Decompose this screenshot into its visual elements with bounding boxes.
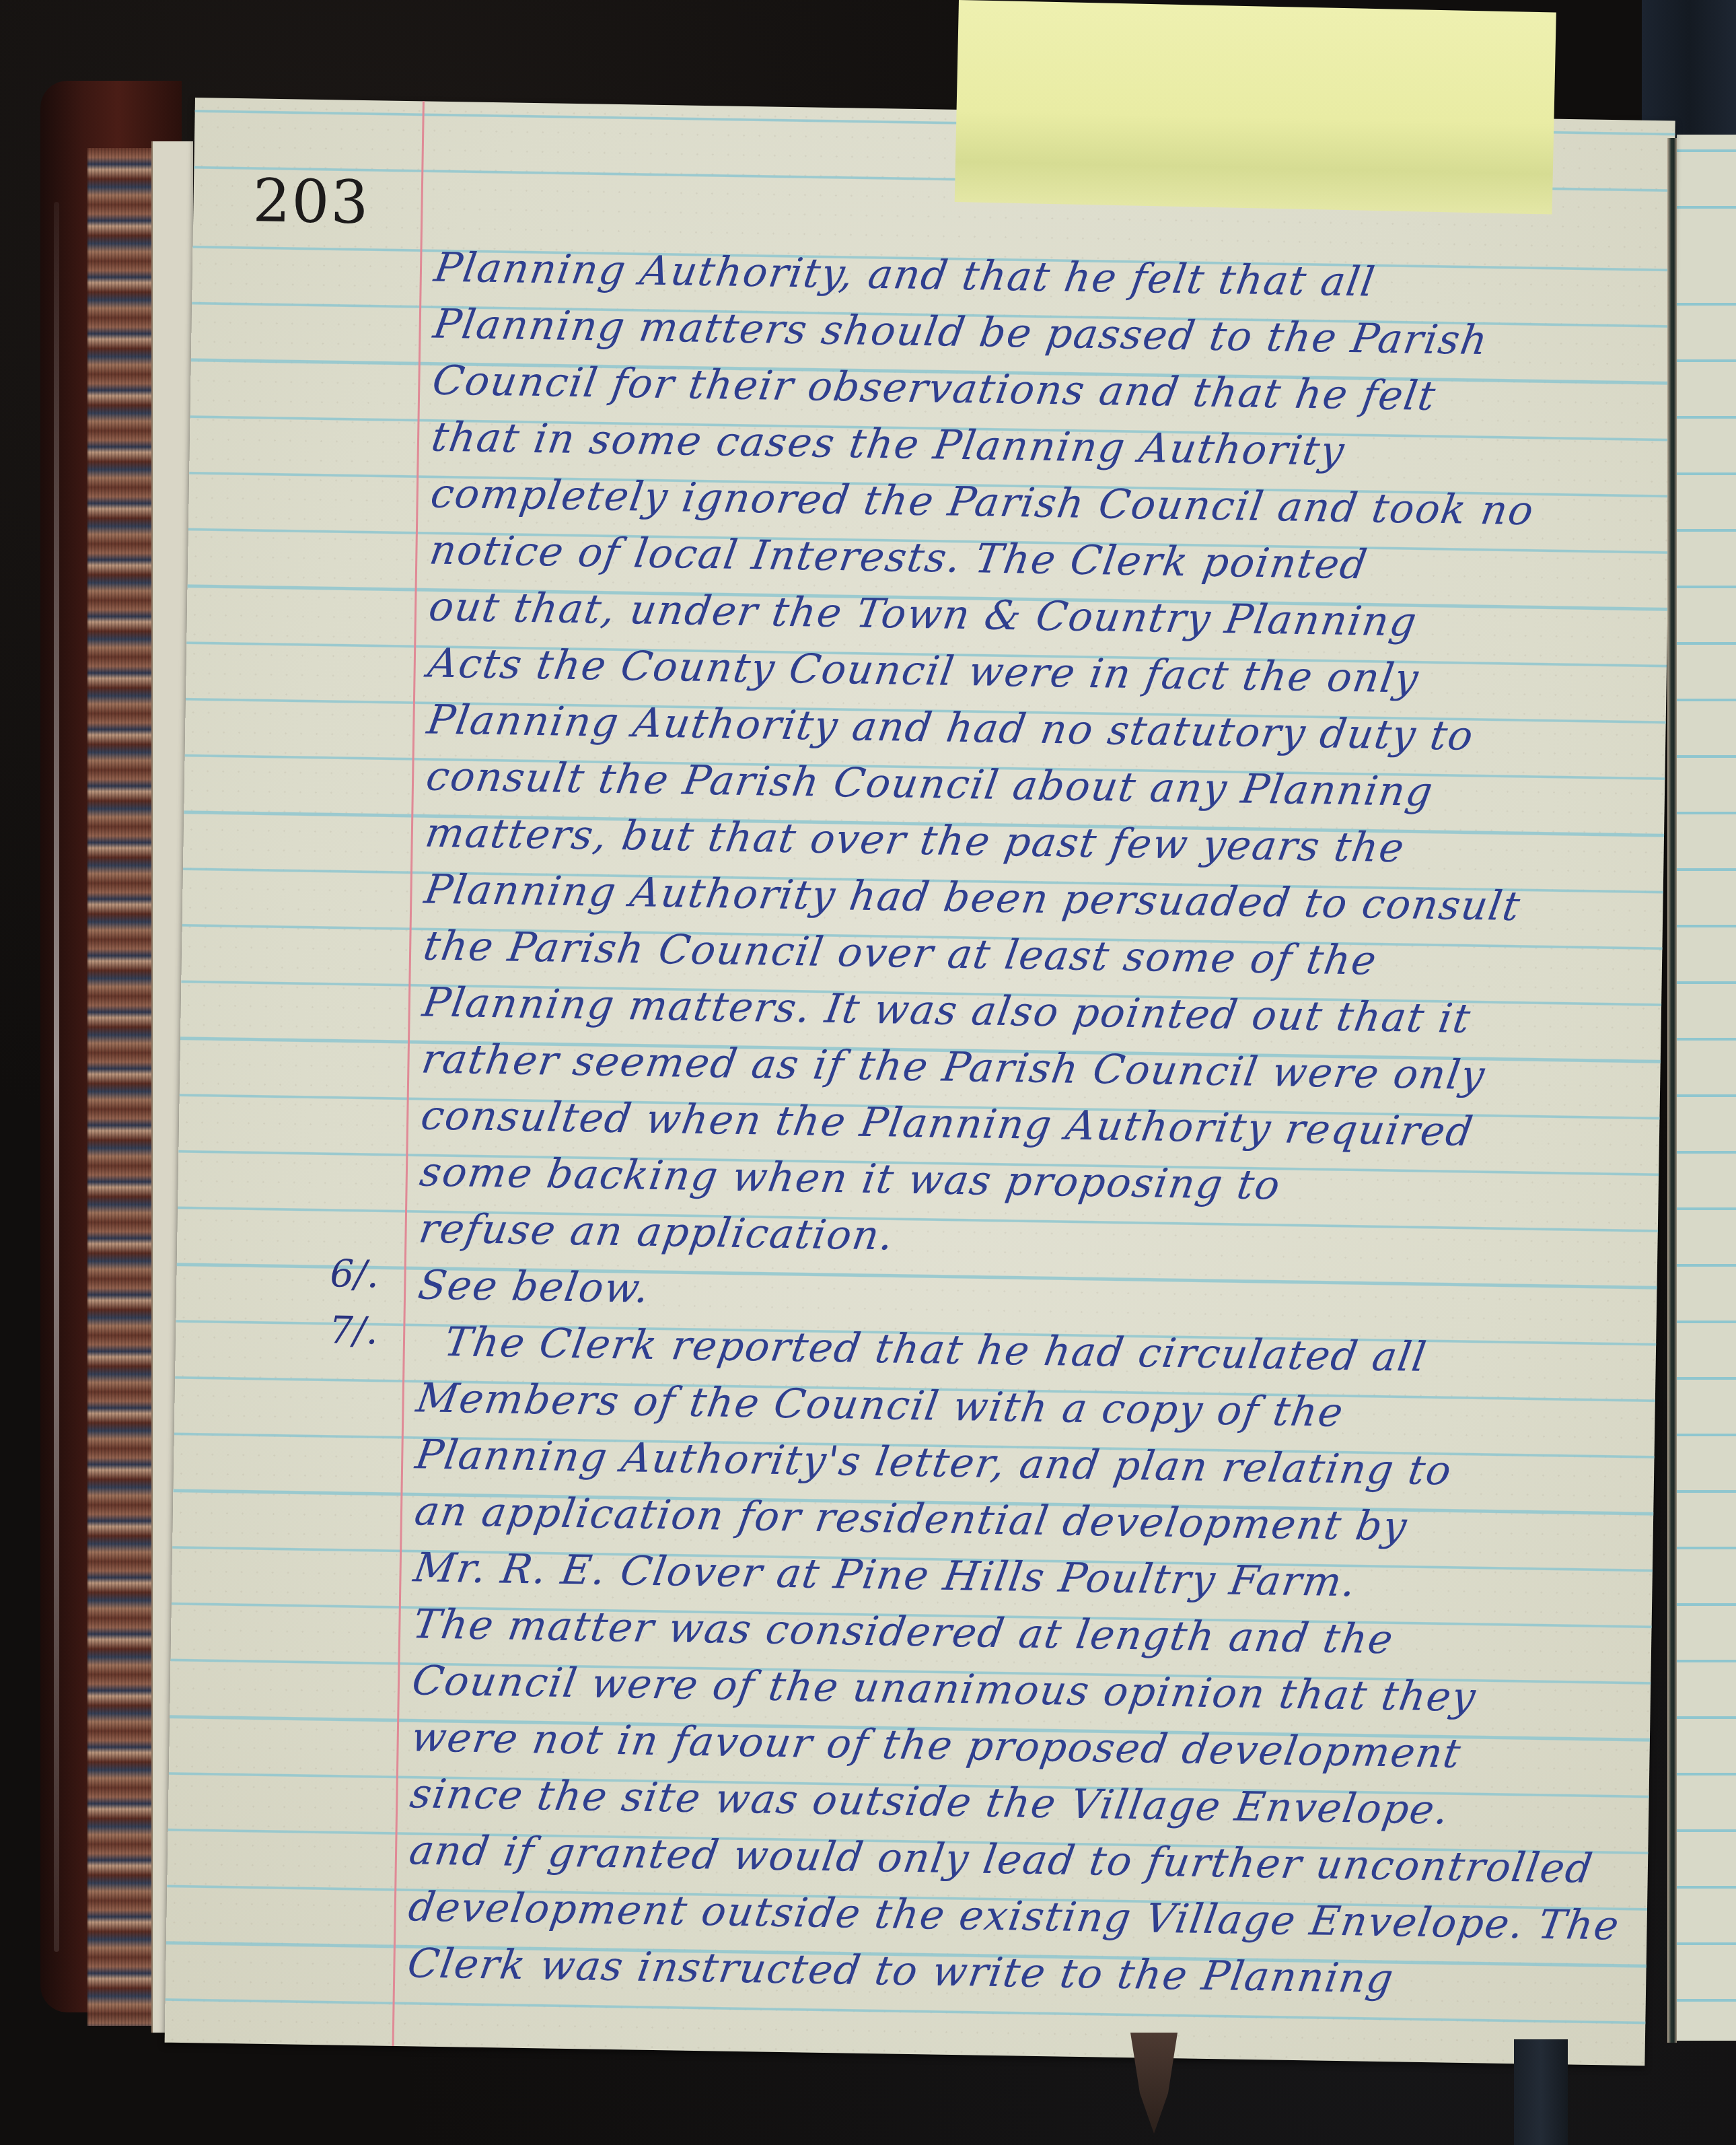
book-strap <box>1514 2039 1568 2145</box>
marbled-page-edges <box>87 148 158 2026</box>
item-number-6: 6/. <box>330 1252 379 1296</box>
sticky-note <box>955 0 1556 215</box>
book-gutter <box>1667 138 1677 2043</box>
cover-edge-highlight <box>54 202 59 1952</box>
facing-page-sliver <box>1677 135 1736 2041</box>
item-number-7: 7/. <box>329 1308 378 1353</box>
notebook-page: 203 Planning Authority, and that he felt… <box>165 98 1675 2066</box>
page-number: 203 <box>252 166 371 237</box>
